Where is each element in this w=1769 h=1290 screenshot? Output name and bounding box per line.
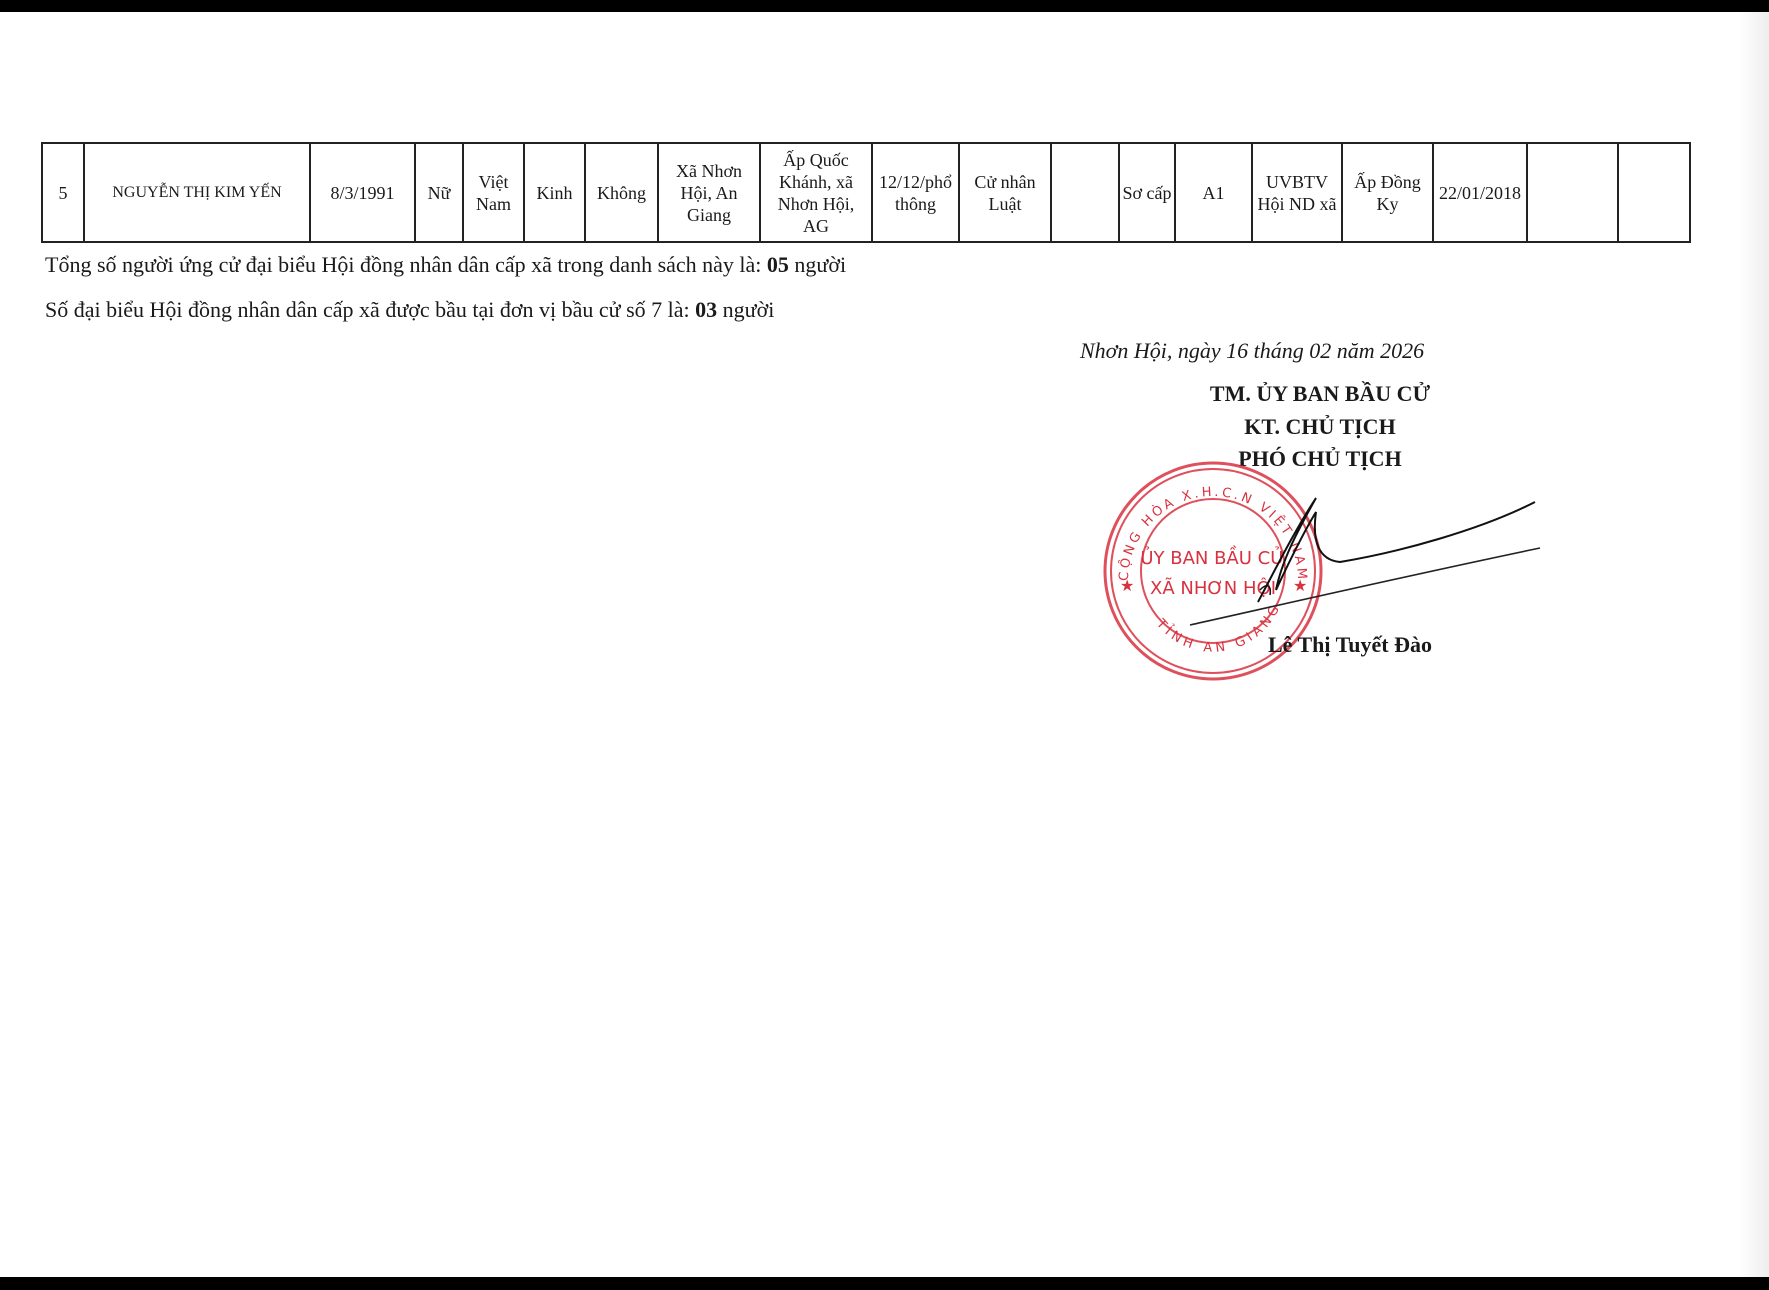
table-row: 5 NGUYỄN THỊ KIM YẾN 8/3/1991 Nữ Việt Na…	[42, 143, 1690, 242]
signature-title-1: TM. ỦY BAN BẦU CỬ	[1100, 381, 1540, 407]
cell-residence: Ấp Quốc Khánh, xã Nhơn Hội, AG	[760, 143, 872, 242]
cell-gender: Nữ	[415, 143, 463, 242]
elected-delegates-unit: người	[717, 297, 774, 322]
total-candidates-value: 05	[767, 252, 789, 277]
cell-birth-date: 8/3/1991	[310, 143, 415, 242]
cell-nationality: Việt Nam	[463, 143, 524, 242]
cell-council-delegate	[1618, 143, 1690, 242]
cell-full-name: NGUYỄN THỊ KIM YẾN	[84, 143, 310, 242]
elected-delegates-line: Số đại biểu Hội đồng nhân dân cấp xã đượ…	[45, 297, 774, 323]
cell-hometown: Xã Nhơn Hội, An Giang	[658, 143, 760, 242]
elected-delegates-label: Số đại biểu Hội đồng nhân dân cấp xã đượ…	[45, 297, 695, 322]
signature-title-2: KT. CHỦ TỊCH	[1100, 414, 1540, 440]
elected-delegates-value: 03	[695, 297, 717, 322]
cell-stt: 5	[42, 143, 84, 242]
cell-ethnicity: Kinh	[524, 143, 585, 242]
total-candidates-label: Tổng số người ứng cử đại biểu Hội đồng n…	[45, 252, 767, 277]
candidate-table: 5 NGUYỄN THỊ KIM YẾN 8/3/1991 Nữ Việt Na…	[41, 142, 1691, 243]
svg-text:★: ★	[1120, 578, 1134, 595]
cell-specialization: Cử nhân Luật	[959, 143, 1051, 242]
cell-general-education: 12/12/phổ thông	[872, 143, 959, 242]
total-candidates-line: Tổng số người ứng cử đại biểu Hội đồng n…	[45, 252, 846, 278]
cell-political-theory: Sơ cấp	[1119, 143, 1175, 242]
cell-religion: Không	[585, 143, 658, 242]
place-date: Nhơn Hội, ngày 16 tháng 02 năm 2026	[1080, 338, 1424, 364]
scan-bottom-border	[0, 1277, 1769, 1290]
cell-academic-degree	[1051, 143, 1119, 242]
cell-workplace: Ấp Đồng Ky	[1342, 143, 1433, 242]
cell-foreign-language: A1	[1175, 143, 1252, 242]
handwritten-signature-icon	[1180, 490, 1560, 640]
total-candidates-unit: người	[789, 252, 846, 277]
scan-top-border	[0, 0, 1769, 12]
scan-edge-shade	[1739, 12, 1769, 1277]
cell-party-join-date: 22/01/2018	[1433, 143, 1527, 242]
cell-position: UVBTV Hội ND xã	[1252, 143, 1342, 242]
signer-name: Lê Thị Tuyết Đào	[1130, 632, 1570, 658]
cell-na-delegate	[1527, 143, 1618, 242]
